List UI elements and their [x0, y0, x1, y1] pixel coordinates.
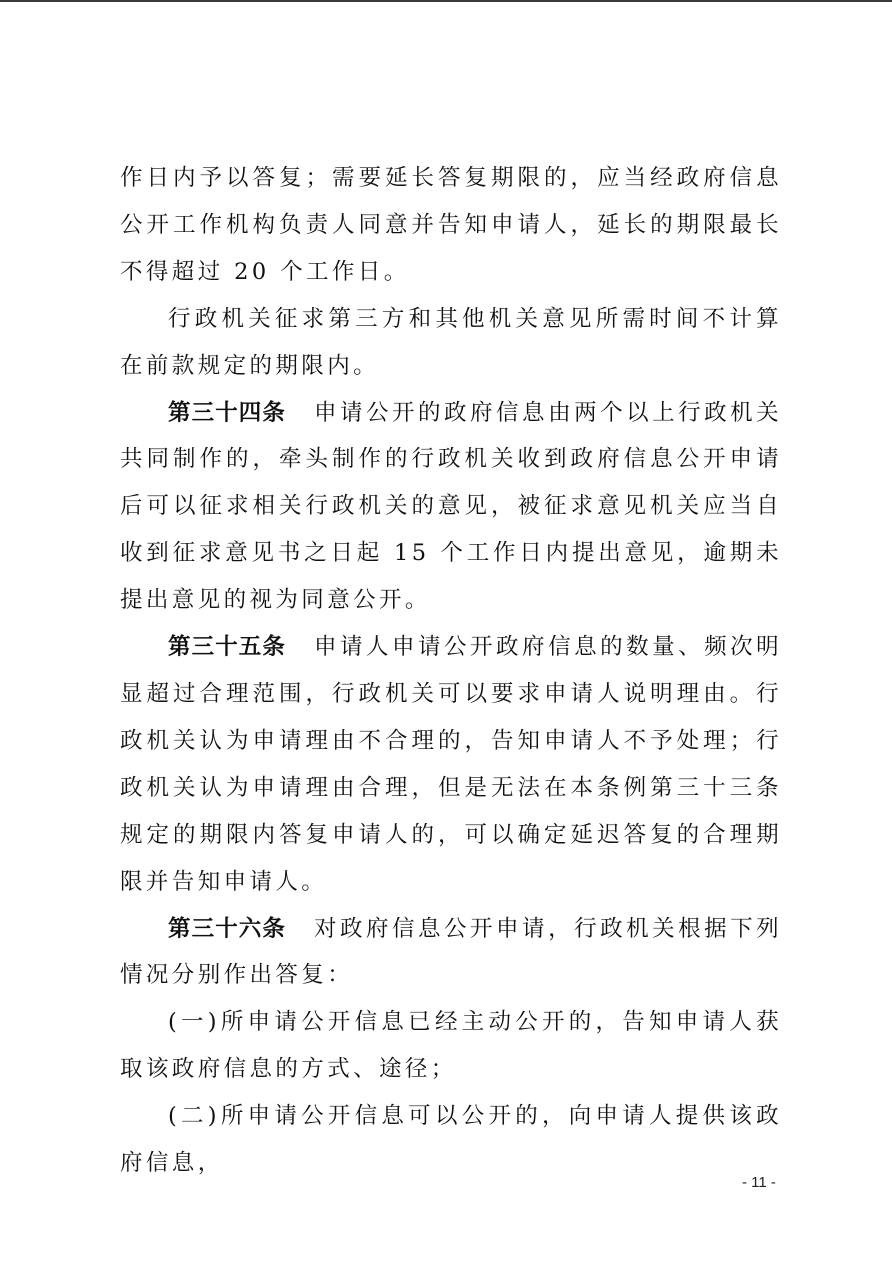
article-36-item-2: (二)所申请公开信息可以公开的，向申请人提供该政府信息，	[120, 1093, 782, 1187]
paragraph-third-party-time: 行政机关征求第三方和其他机关意见所需时间不计算在前款规定的期限内。	[120, 296, 782, 390]
article-36: 第三十六条对政府信息公开申请，行政机关根据下列情况分别作出答复：	[120, 906, 782, 1000]
article-35: 第三十五条申请人申请公开政府信息的数量、频次明显超过合理范围，行政机关可以要求申…	[120, 624, 782, 905]
article-heading: 第三十四条	[168, 400, 286, 426]
document-body: 作日内予以答复；需要延长答复期限的，应当经政府信息公开工作机构负责人同意并告知申…	[120, 155, 782, 1187]
article-text: 申请公开的政府信息由两个以上行政机关共同制作的，牵头制作的行政机关收到政府信息公…	[120, 400, 782, 614]
paragraph-text: 行政机关征求第三方和其他机关意见所需时间不计算在前款规定的期限内。	[120, 306, 782, 379]
article-heading: 第三十六条	[168, 916, 286, 942]
article-text: 申请人申请公开政府信息的数量、频次明显超过合理范围，行政机关可以要求申请人说明理…	[120, 634, 782, 895]
list-item-text: (二)所申请公开信息可以公开的，向申请人提供该政府信息，	[120, 1103, 782, 1176]
article-34: 第三十四条申请公开的政府信息由两个以上行政机关共同制作的，牵头制作的行政机关收到…	[120, 390, 782, 625]
page-number: - 11 -	[742, 1174, 776, 1191]
paragraph-continued: 作日内予以答复；需要延长答复期限的，应当经政府信息公开工作机构负责人同意并告知申…	[120, 155, 782, 296]
article-36-item-1: (一)所申请公开信息已经主动公开的，告知申请人获取该政府信息的方式、途径；	[120, 999, 782, 1093]
top-border-line	[0, 0, 892, 2]
article-heading: 第三十五条	[168, 634, 286, 660]
list-item-text: (一)所申请公开信息已经主动公开的，告知申请人获取该政府信息的方式、途径；	[120, 1009, 782, 1082]
paragraph-text: 作日内予以答复；需要延长答复期限的，应当经政府信息公开工作机构负责人同意并告知申…	[120, 165, 782, 285]
